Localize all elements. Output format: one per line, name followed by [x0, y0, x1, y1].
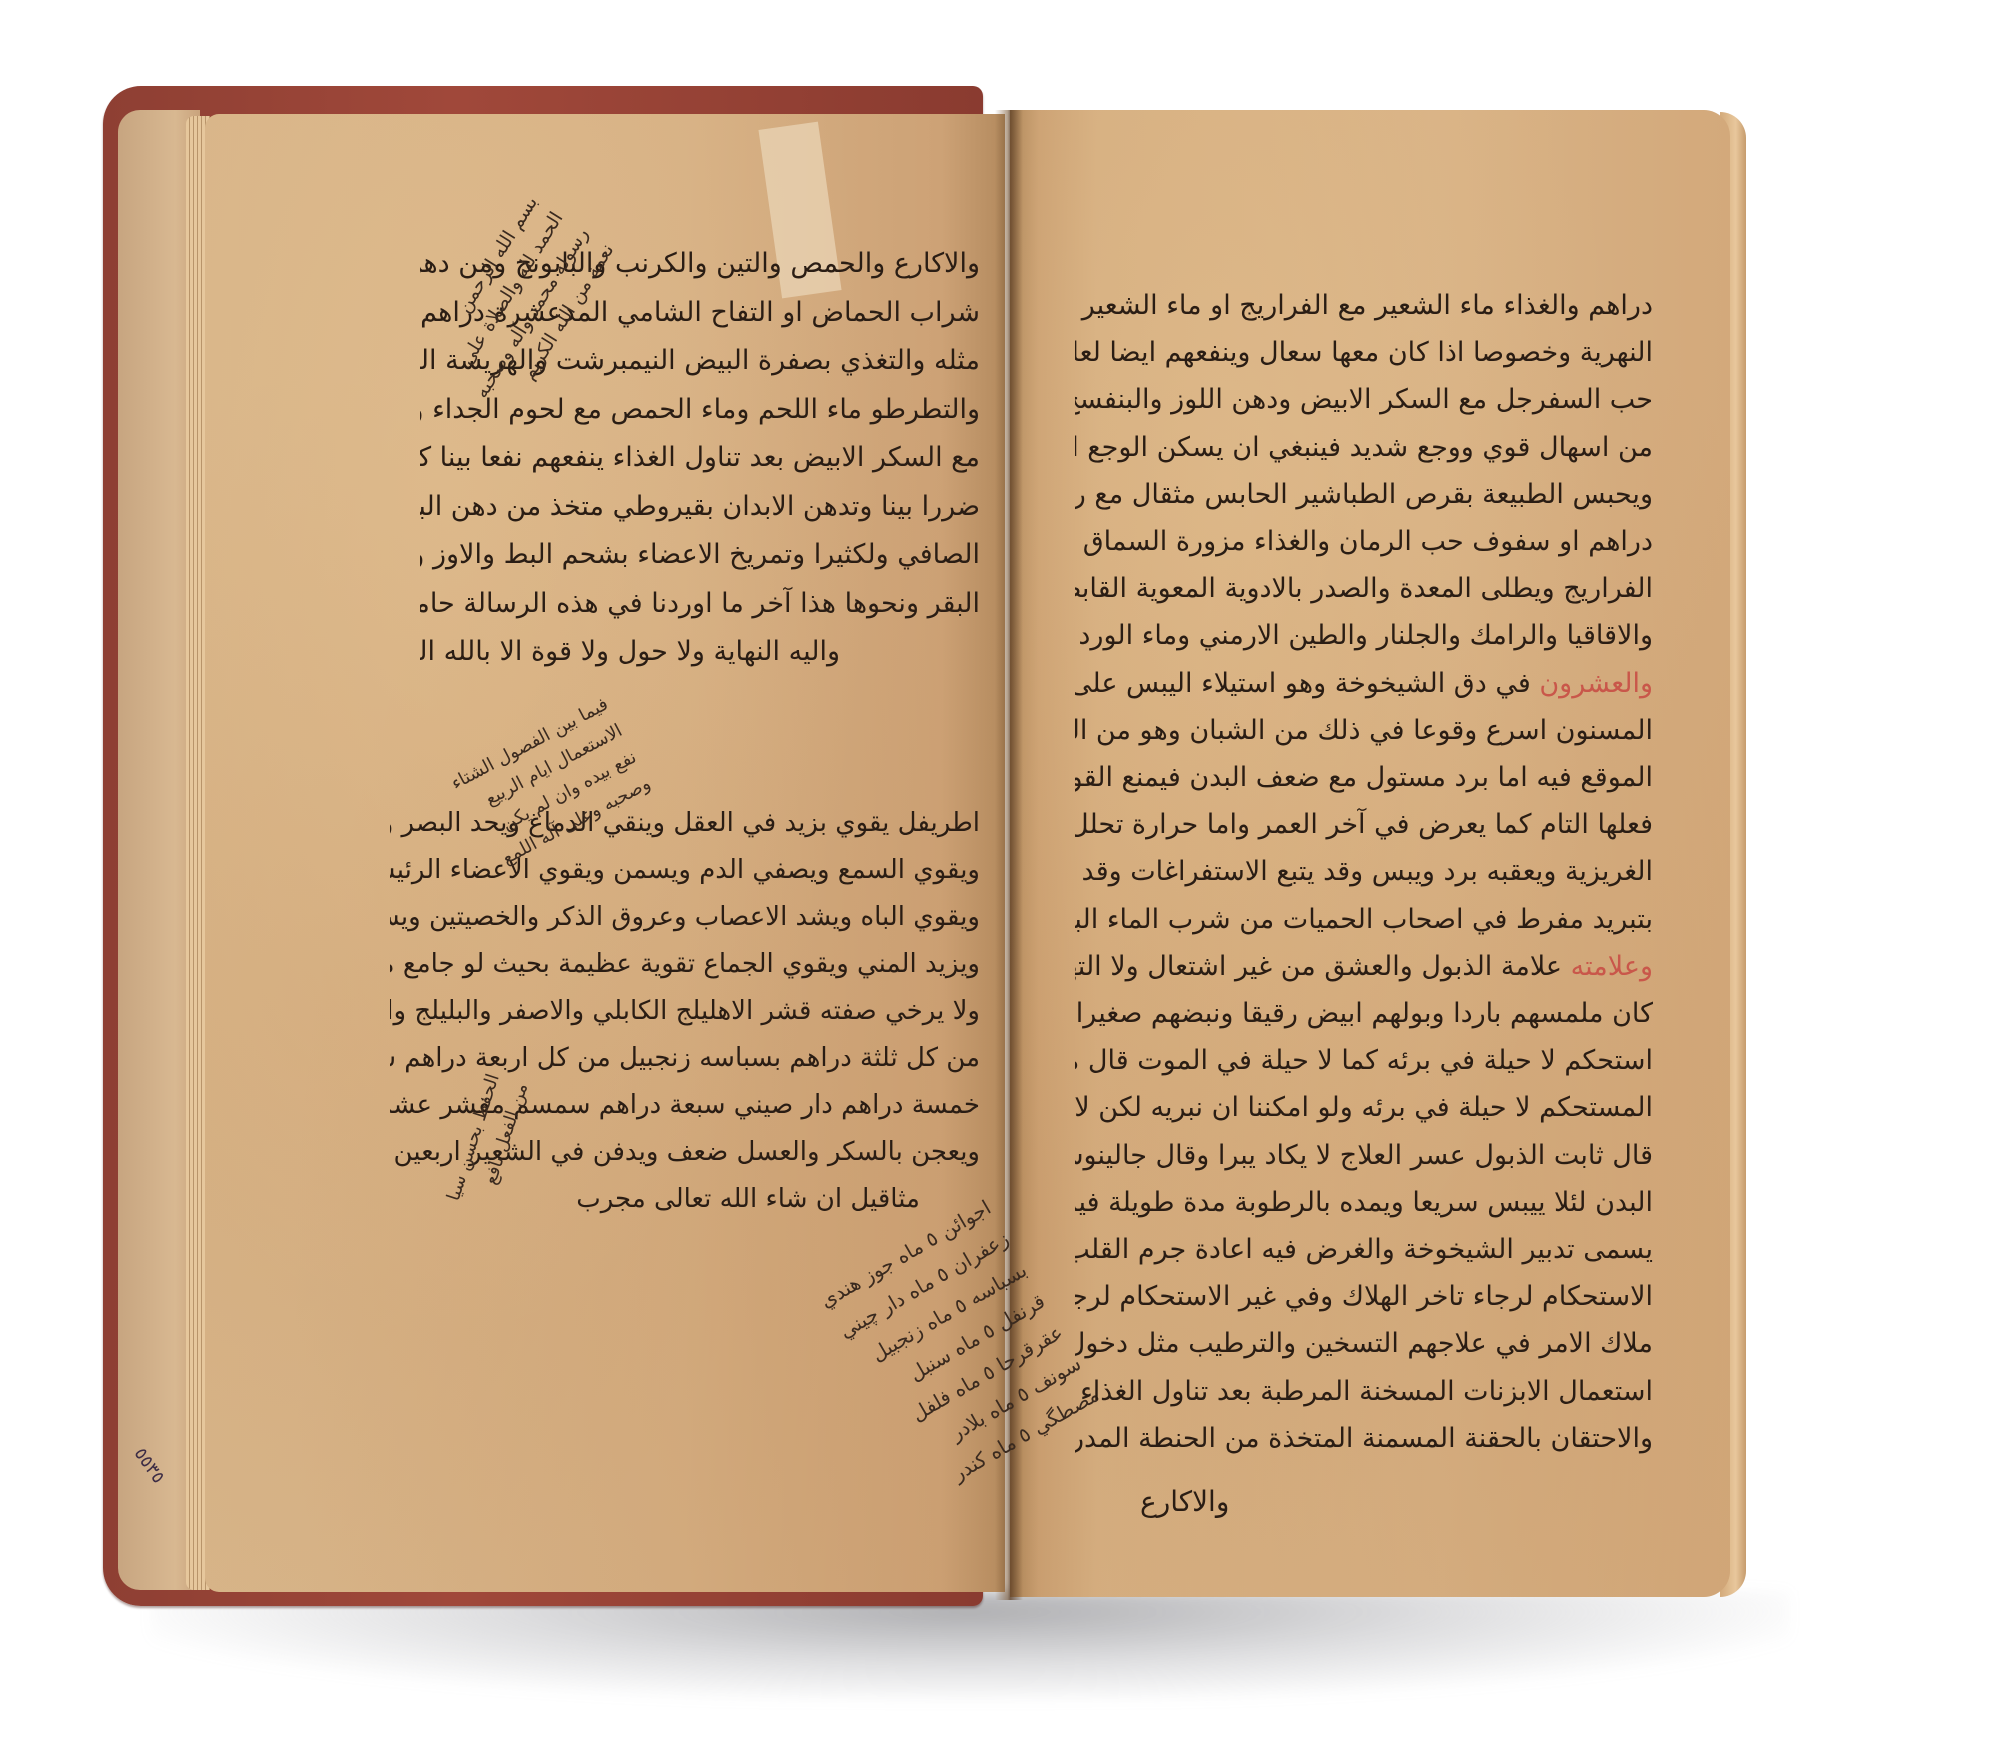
text-line: المستحكم لا حيلة في برئه ولو امكننا ان ن…	[1075, 1084, 1653, 1131]
text-line: ملاك الامر في علاجهم التسخين والترطيب مث…	[1075, 1320, 1653, 1367]
rubric-chapter-heading: والعشرون	[1539, 668, 1653, 699]
text-line: البدن لئلا ييبس سريعا ويمده بالرطوبة مدة…	[1075, 1179, 1653, 1226]
text-line: استحكم لا حيلة في برئه كما لا حيلة في ال…	[1075, 1037, 1653, 1084]
drop-shadow	[150, 1590, 1790, 1700]
text-line: قال ثابت الذبول عسر العلاج لا يكاد يبرا …	[1075, 1132, 1653, 1179]
text-line: ضررا بينا وتدهن الابدان بقيروطي متخذ من …	[420, 483, 980, 532]
text-line: حب السفرجل مع السكر الابيض ودهن اللوز وا…	[1075, 376, 1653, 423]
right-page-main-text: دراهم والغذاء ماء الشعير مع الفراريج او …	[1075, 282, 1653, 1462]
text-line: المسنون اسرع وقوعا في ذلك من الشبان وهو …	[1075, 707, 1653, 754]
rubric-signs-heading: وعلامته	[1571, 951, 1653, 982]
catchword: والاكارع	[1140, 1485, 1229, 1518]
text-line: والاقاقيا والرامك والجلنار والطين الارمن…	[1075, 612, 1653, 659]
text-line: والاحتقان بالحقنة المسمنة المتخذة من الح…	[1075, 1415, 1653, 1462]
text-line: كان ملمسهم باردا وبولهم ابيض رقيقا ونبضه…	[1075, 990, 1653, 1037]
text-line: دراهم او سفوف حب الرمان والغذاء مزورة ال…	[1075, 518, 1653, 565]
text-line: والعشرون في دق الشيخوخة وهو استيلاء اليب…	[1075, 660, 1653, 707]
manuscript-photo: والاكارع والحمص والتين والكرنب والبابونج…	[0, 0, 2000, 1742]
text-line: الاستحكام لرجاء تاخر الهلاك وفي غير الاس…	[1075, 1273, 1653, 1320]
text-line: يسمى تدبير الشيخوخة والغرض فيه اعادة جرم…	[1075, 1226, 1653, 1273]
text-line: البقر ونحوها هذا آخر ما اوردنا في هذه ال…	[420, 580, 980, 629]
text-line: فعلها التام كما يعرض في آخر العمر واما ح…	[1075, 801, 1653, 848]
text-line: استعمال الابزنات المسخنة المرطبة بعد تنا…	[1075, 1368, 1653, 1415]
text-line: الموقع فيه اما برد مستول مع ضعف البدن في…	[1075, 754, 1653, 801]
text-line: الغريزية ويعقبه برد ويبس وقد يتبع الاستف…	[1075, 848, 1653, 895]
text-line: ولا يرخي صفته قشر الاهليلج الكابلي والاص…	[390, 988, 980, 1035]
text-line: ويقوي الباه ويشد الاعصاب وعروق الذكر وال…	[390, 894, 980, 941]
text-line: من اسهال قوي ووجع شديد فينبغي ان يسكن ال…	[1075, 424, 1653, 471]
text-line: دراهم والغذاء ماء الشعير مع الفراريج او …	[1075, 282, 1653, 329]
text-line: وعلامته علامة الذبول والعشق من غير اشتعا…	[1075, 943, 1653, 990]
text-line: الفراريج ويطلى المعدة والصدر بالادوية ال…	[1075, 565, 1653, 612]
text-line: بتبريد مفرط في اصحاب الحميات من شرب الما…	[1075, 896, 1653, 943]
text-line: الصافي ولكثيرا وتمريخ الاعضاء بشحم البط …	[420, 531, 980, 580]
text-line: ويزيد المني ويقوي الجماع تقوية عظيمة بحي…	[390, 941, 980, 988]
text-line: ويحبس الطبيعة بقرص الطباشير الحابس مثقال…	[1075, 471, 1653, 518]
text-line: النهرية وخصوصا اذا كان معها سعال وينفعهم…	[1075, 329, 1653, 376]
text-line: واليه النهاية ولا حول ولا قوة الا بالله …	[420, 628, 980, 677]
